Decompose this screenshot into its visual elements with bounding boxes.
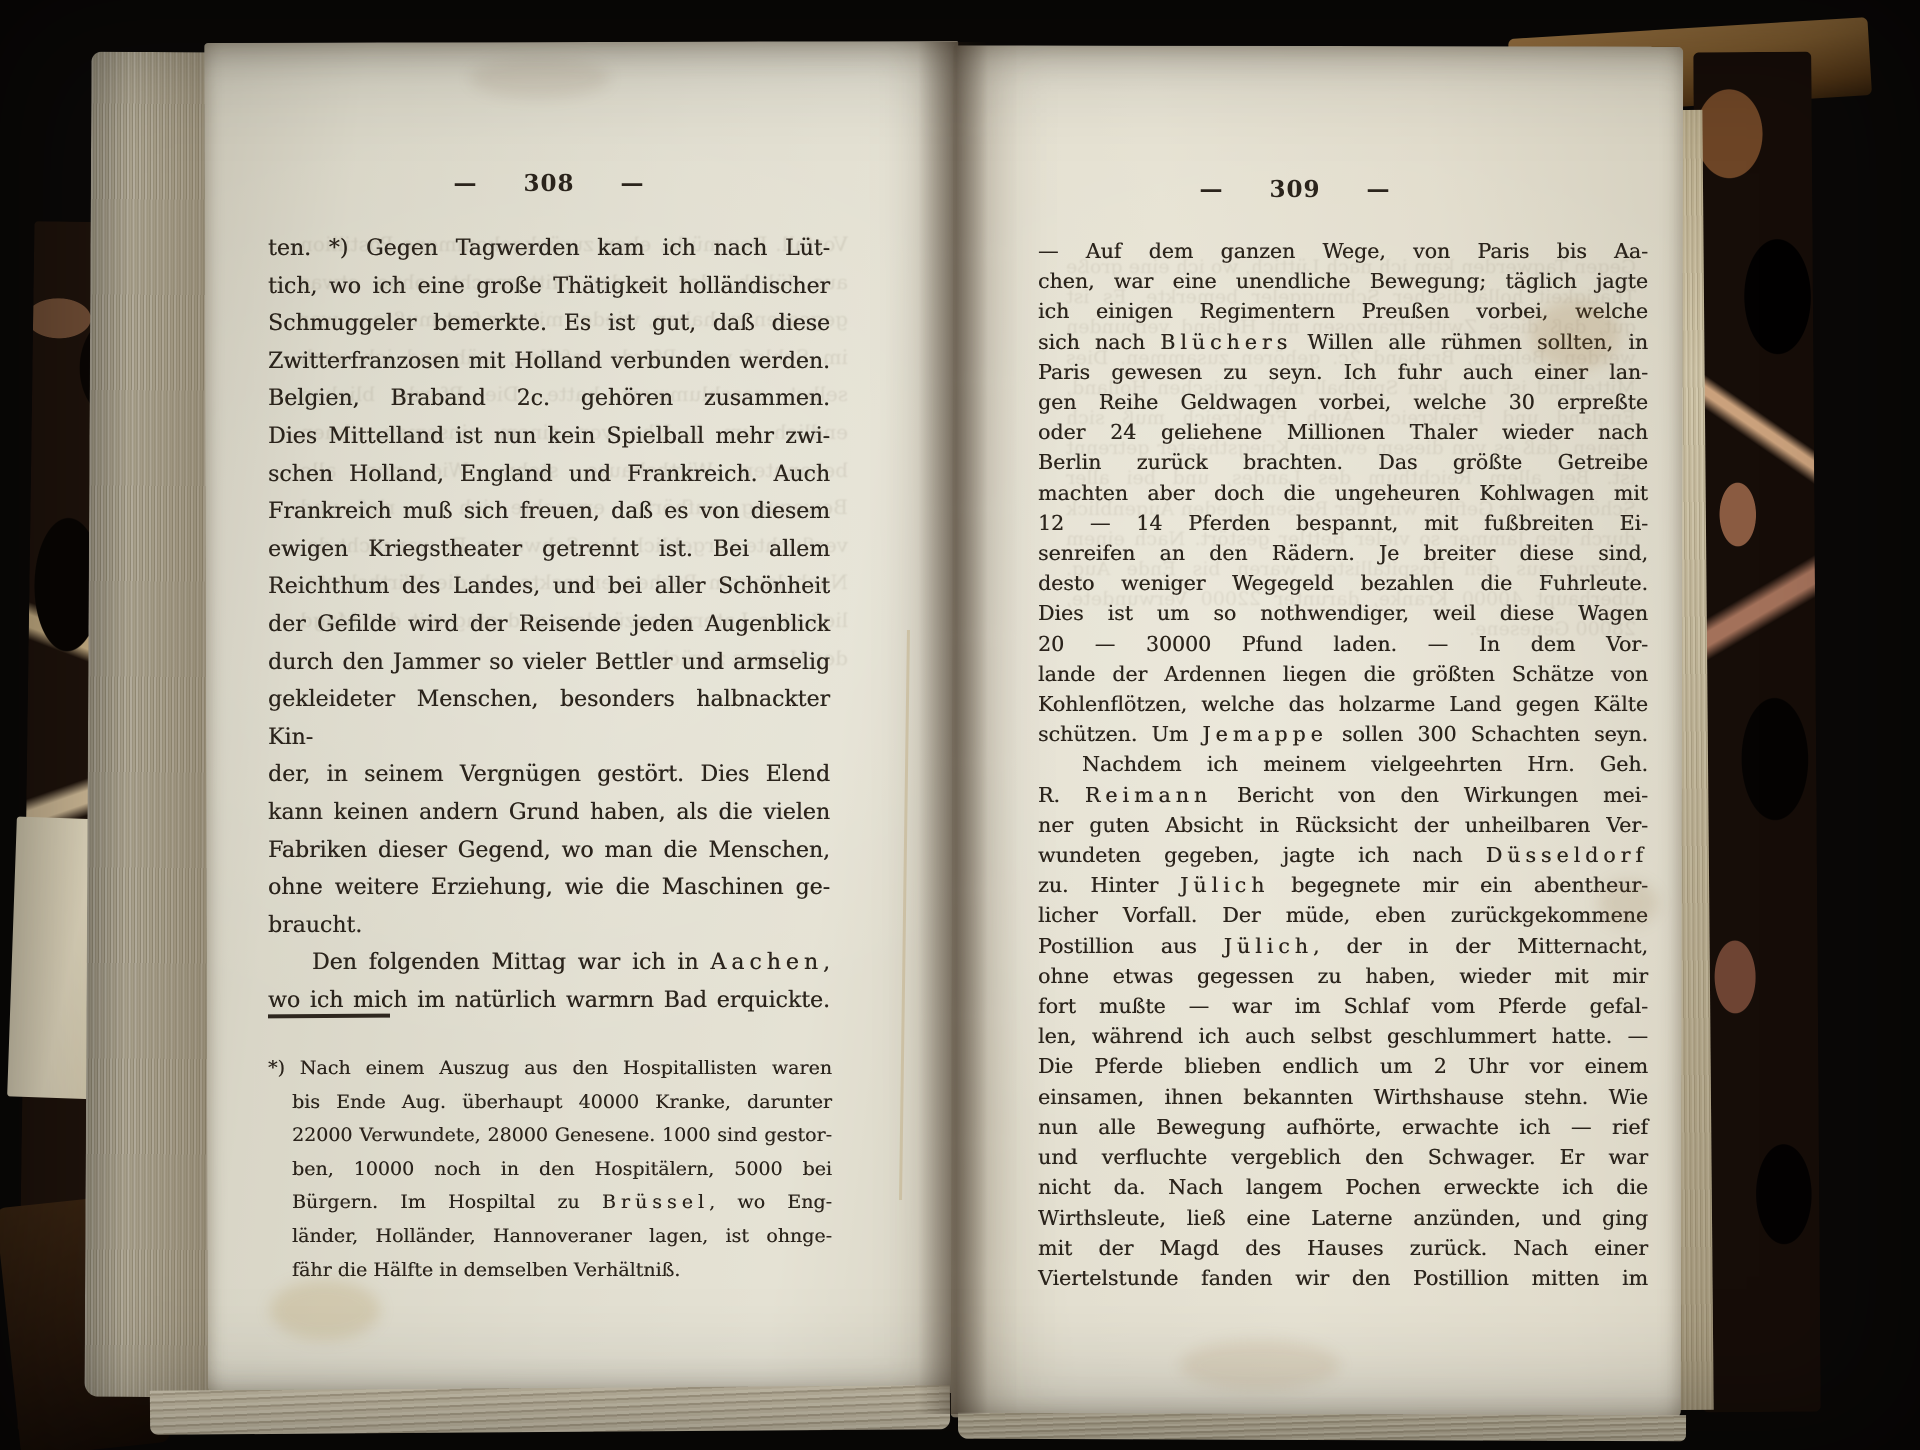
text-line: einsamen, ihnen bekannten Wirthshause st… <box>1038 1082 1648 1112</box>
text-line: Schmuggeler bemerkte. Es ist gut, daß di… <box>268 305 830 343</box>
text-line: der, in seinem Vergnügen gestört. Dies E… <box>268 756 830 794</box>
text-line: bis Ende Aug. überhaupt 40000 Kranke, da… <box>268 1086 832 1120</box>
text-line: Nachdem ich meinem vielgeehrten Hrn. Geh… <box>1038 749 1648 779</box>
text-line: ner guten Absicht in Rücksicht der unhei… <box>1038 810 1648 840</box>
text-line: len, während ich auch selbst geschlummer… <box>1038 1021 1648 1051</box>
text-line: Viertelstunde fanden wir den Postillion … <box>1038 1263 1648 1293</box>
text-line: schen Holland, England und Frankreich. A… <box>268 456 830 494</box>
text-line: zu. Hinter Jülich begegnete mir ein aben… <box>1038 870 1648 900</box>
text-line: 20 — 30000 Pfund laden. — In dem Vor- <box>1038 629 1648 659</box>
left-page-text-block: ten. *) Gegen Tagwerden kam ich nach Lüt… <box>268 230 830 1019</box>
header-dash-left: — <box>1199 176 1223 203</box>
text-line: sich nach Blüchers Willen alle rühmen so… <box>1038 327 1648 357</box>
page-stack-edge-left <box>84 52 223 1398</box>
text-line: gen Reihe Geldwagen vorbei, welche 30 er… <box>1038 387 1648 417</box>
text-line: Fabriken dieser Gegend, wo man die Mensc… <box>268 832 830 870</box>
text-line: machten aber doch die ungeheuren Kohlwag… <box>1038 478 1648 508</box>
text-line: mit der Magd des Hauses zurück. Nach ein… <box>1038 1233 1648 1263</box>
text-line: der Gefilde wird der Reisende jeden Auge… <box>268 606 830 644</box>
text-line: Postillion aus Jülich, der in der Mitter… <box>1038 931 1648 961</box>
text-line: gekleideter Menschen, besonders halbnack… <box>268 681 830 756</box>
text-line: braucht. <box>268 907 830 945</box>
text-line: Kohlenflötzen, welche das holzarme Land … <box>1038 689 1648 719</box>
header-dash-right: — <box>621 170 645 197</box>
text-line: 22000 Verwundete, 28000 Genesene. 1000 s… <box>268 1119 832 1153</box>
header-dash-right: — <box>1367 176 1391 203</box>
text-line: ten. *) Gegen Tagwerden kam ich nach Lüt… <box>268 230 830 268</box>
text-line: ben, 10000 noch in den Hospitälern, 5000… <box>268 1153 832 1187</box>
right-page-header: — 309 — <box>990 176 1600 203</box>
text-line: Die Pferde blieben endlich um 2 Uhr vor … <box>1038 1051 1648 1081</box>
right-marbled-cover <box>1693 52 1820 1413</box>
footnote-separator-rule <box>268 1014 390 1019</box>
text-line: oder 24 geliehene Millionen Thaler wiede… <box>1038 417 1648 447</box>
text-line: fort mußte — war im Schlaf vom Pferde ge… <box>1038 991 1648 1021</box>
text-line: ohne weitere Erziehung, wie die Maschine… <box>268 869 830 907</box>
text-line: 12 — 14 Pferden bespannt, mit fußbreiten… <box>1038 508 1648 538</box>
left-page-footnote-block: *) Nach einem Auszug aus den Hospitallis… <box>268 1052 832 1287</box>
text-line: fähr die Hälfte in demselben Verhältniß. <box>268 1254 832 1288</box>
text-line: R. Reimann Bericht von den Wirkungen mei… <box>1038 780 1648 810</box>
book-photograph: Vorfall. Der müde, eben zurückgekommene … <box>0 0 1920 1450</box>
gutter-shadow <box>918 42 988 1414</box>
text-line: Den folgenden Mittag war ich in Aachen, <box>268 944 830 982</box>
text-line: schützen. Um Jemappe sollen 300 Schachte… <box>1038 719 1648 749</box>
text-line: licher Vorfall. Der müde, eben zurückgek… <box>1038 900 1648 930</box>
right-page-number: 309 <box>1269 176 1320 203</box>
text-line: Dies Mittelland ist nun kein Spielball m… <box>268 418 830 456</box>
text-line: tich, wo ich eine große Thätigkeit hollä… <box>268 268 830 306</box>
text-line: Paris gewesen zu seyn. Ich fuhr auch ein… <box>1038 357 1648 387</box>
left-page-header: — 308 — <box>268 170 830 197</box>
text-line: durch den Jammer so vieler Bettler und a… <box>268 644 830 682</box>
text-line: — Auf dem ganzen Wege, von Paris bis Aa- <box>1038 236 1648 266</box>
text-line: Frankreich muß sich freuen, daß es von d… <box>268 493 830 531</box>
page-stack-edge-bottom-left <box>150 1385 950 1435</box>
text-line: kann keinen andern Grund haben, als die … <box>268 794 830 832</box>
text-line: nicht da. Nach langem Pochen erweckte ic… <box>1038 1172 1648 1202</box>
text-line: Dies ist um so nothwendiger, weil diese … <box>1038 598 1648 628</box>
left-page-number: 308 <box>523 170 574 197</box>
text-line: *) Nach einem Auszug aus den Hospitallis… <box>268 1052 832 1086</box>
right-page-text-block: — Auf dem ganzen Wege, von Paris bis Aa-… <box>1038 236 1648 1293</box>
text-line: Belgien, Braband 2c. gehören zusammen. <box>268 380 830 418</box>
text-line: ich einigen Regimentern Preußen vorbei, … <box>1038 296 1648 326</box>
text-line: nun alle Bewegung aufhörte, erwachte ich… <box>1038 1112 1648 1142</box>
text-line: Wirthsleute, ließ eine Laterne anzünden,… <box>1038 1203 1648 1233</box>
text-line: Reichthum des Landes, und bei aller Schö… <box>268 568 830 606</box>
page-stack-edge-bottom-right <box>958 1413 1686 1442</box>
text-line: ohne etwas gegessen zu haben, wieder mit… <box>1038 961 1648 991</box>
text-line: Bürgern. Im Hospiltal zu Brüssel, wo Eng… <box>268 1186 832 1220</box>
text-line: wundeten gegeben, jagte ich nach Düsseld… <box>1038 840 1648 870</box>
text-line: länder, Holländer, Hannoveraner lagen, i… <box>268 1220 832 1254</box>
header-dash-left: — <box>453 170 477 197</box>
text-line: Berlin zurück brachten. Das größte Getre… <box>1038 447 1648 477</box>
text-line: chen, war eine unendliche Bewegung; tägl… <box>1038 266 1648 296</box>
text-line: lande der Ardennen liegen die größten Sc… <box>1038 659 1648 689</box>
text-line: Zwitterfranzosen mit Holland verbunden w… <box>268 343 830 381</box>
text-line: und verfluchte vergeblich den Schwager. … <box>1038 1142 1648 1172</box>
text-line: senreifen an den Rädern. Je breiter dies… <box>1038 538 1648 568</box>
text-line: ewigen Kriegstheater getrennt ist. Bei a… <box>268 531 830 569</box>
text-line: desto weniger Wegegeld bezahlen die Fuhr… <box>1038 568 1648 598</box>
